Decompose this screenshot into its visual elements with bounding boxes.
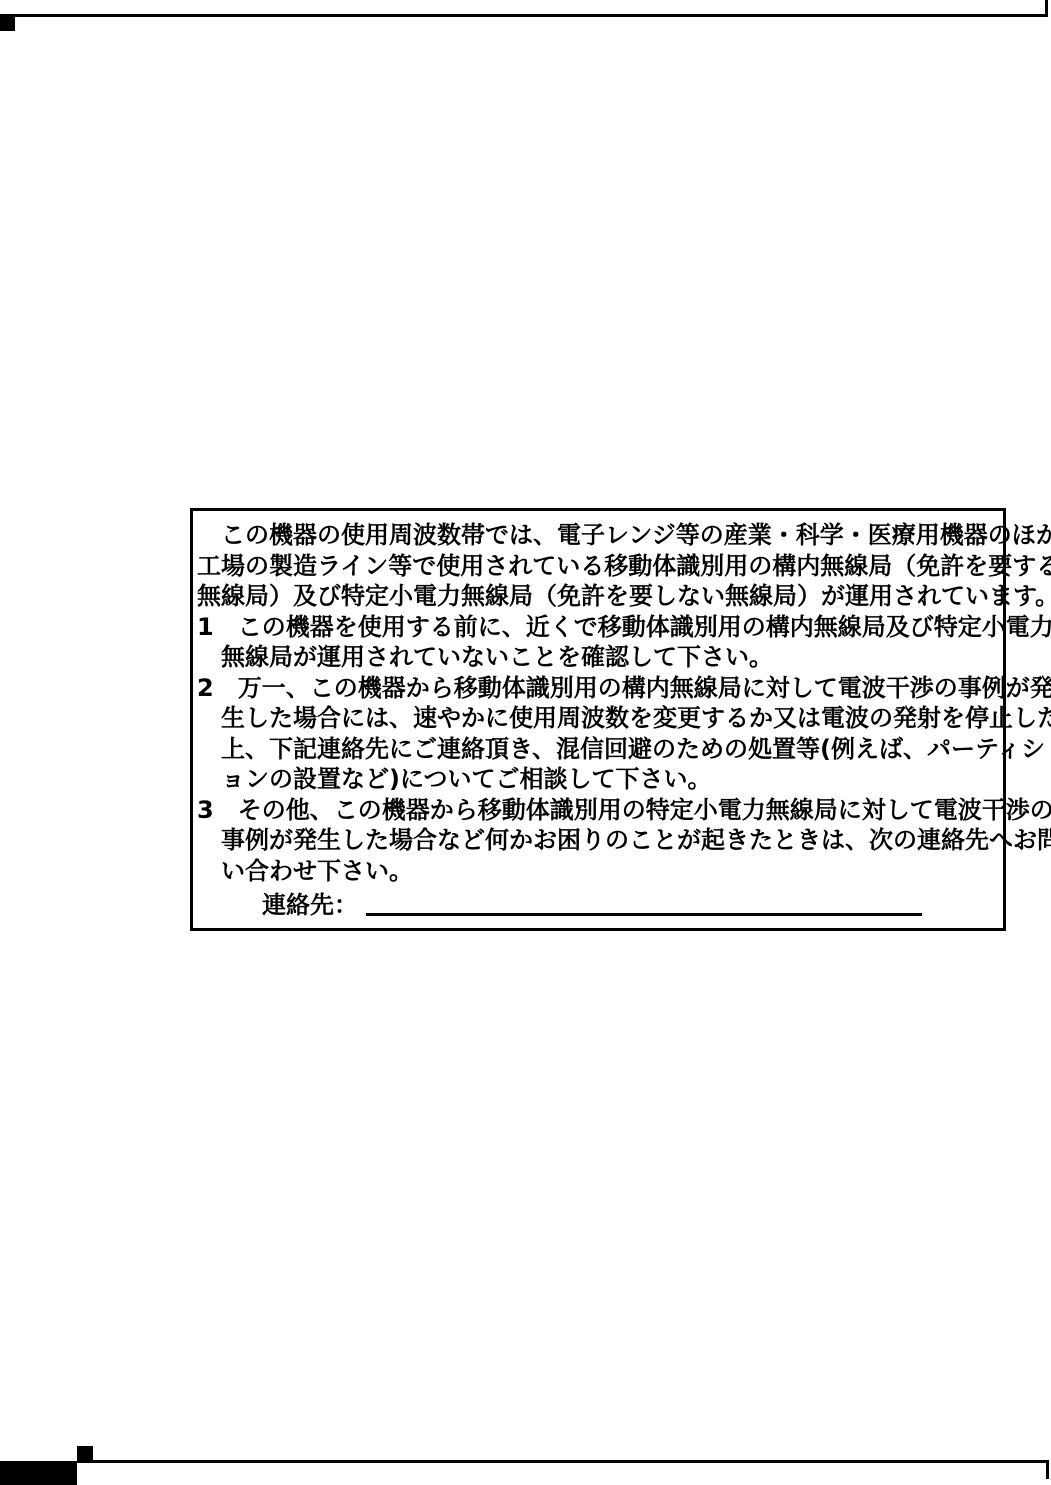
notice-line-3: 無線局）及び特定小電力無線局（免許を要しない無線局）が運用されています。 xyxy=(197,581,999,612)
notice-line-6: 2 万一、この機器から移動体識別用の構内無線局に対して電波干渉の事例が発 xyxy=(197,673,999,704)
notice-line-4: 1 この機器を使用する前に、近くで移動体識別用の構内無線局及び特定小電力 xyxy=(197,612,999,643)
notice-line-8: 上、下記連絡先にご連絡頂き、混信回避のための処置等(例えば、パーティシ xyxy=(197,734,999,765)
contact-label: 連絡先： xyxy=(262,891,358,919)
notice-line-2: 工場の製造ライン等で使用されている移動体識別用の構内無線局（免許を要する xyxy=(197,551,999,582)
footer-rule xyxy=(77,1460,1049,1463)
header-rule xyxy=(0,14,1048,17)
notice-line-10: 3 その他、この機器から移動体識別用の特定小電力無線局に対して電波干渉の xyxy=(197,795,999,826)
notice-line-11: 事例が発生した場合など何かお困りのことが起きたときは、次の連絡先へお問 xyxy=(197,825,999,856)
notice-line-7: 生した場合には、速やかに使用周波数を変更するか又は電波の発射を停止した xyxy=(197,703,999,734)
notice-line-9: ョンの設置など)についてご相談して下さい。 xyxy=(197,764,999,795)
radio-interference-notice-box: この機器の使用周波数帯では、電子レンジ等の産業・科学・医療用機器のほか 工場の製… xyxy=(190,508,1006,931)
contact-blank-line xyxy=(366,913,922,916)
document-page: この機器の使用周波数帯では、電子レンジ等の産業・科学・医療用機器のほか 工場の製… xyxy=(0,0,1051,1485)
notice-line-12: い合わせ下さい。 xyxy=(197,856,999,887)
page-edge-tick-bottom-right xyxy=(1046,1460,1049,1479)
margin-square-top-left xyxy=(0,17,15,31)
contact-row: 連絡先： xyxy=(262,889,999,919)
margin-square-bottom-left xyxy=(77,1446,93,1461)
footer-page-tab xyxy=(0,1461,77,1485)
notice-line-5: 無線局が運用されていないことを確認して下さい。 xyxy=(197,642,999,673)
page-edge-tick-top-right xyxy=(1045,0,1048,17)
notice-line-1: この機器の使用周波数帯では、電子レンジ等の産業・科学・医療用機器のほか xyxy=(197,520,999,551)
